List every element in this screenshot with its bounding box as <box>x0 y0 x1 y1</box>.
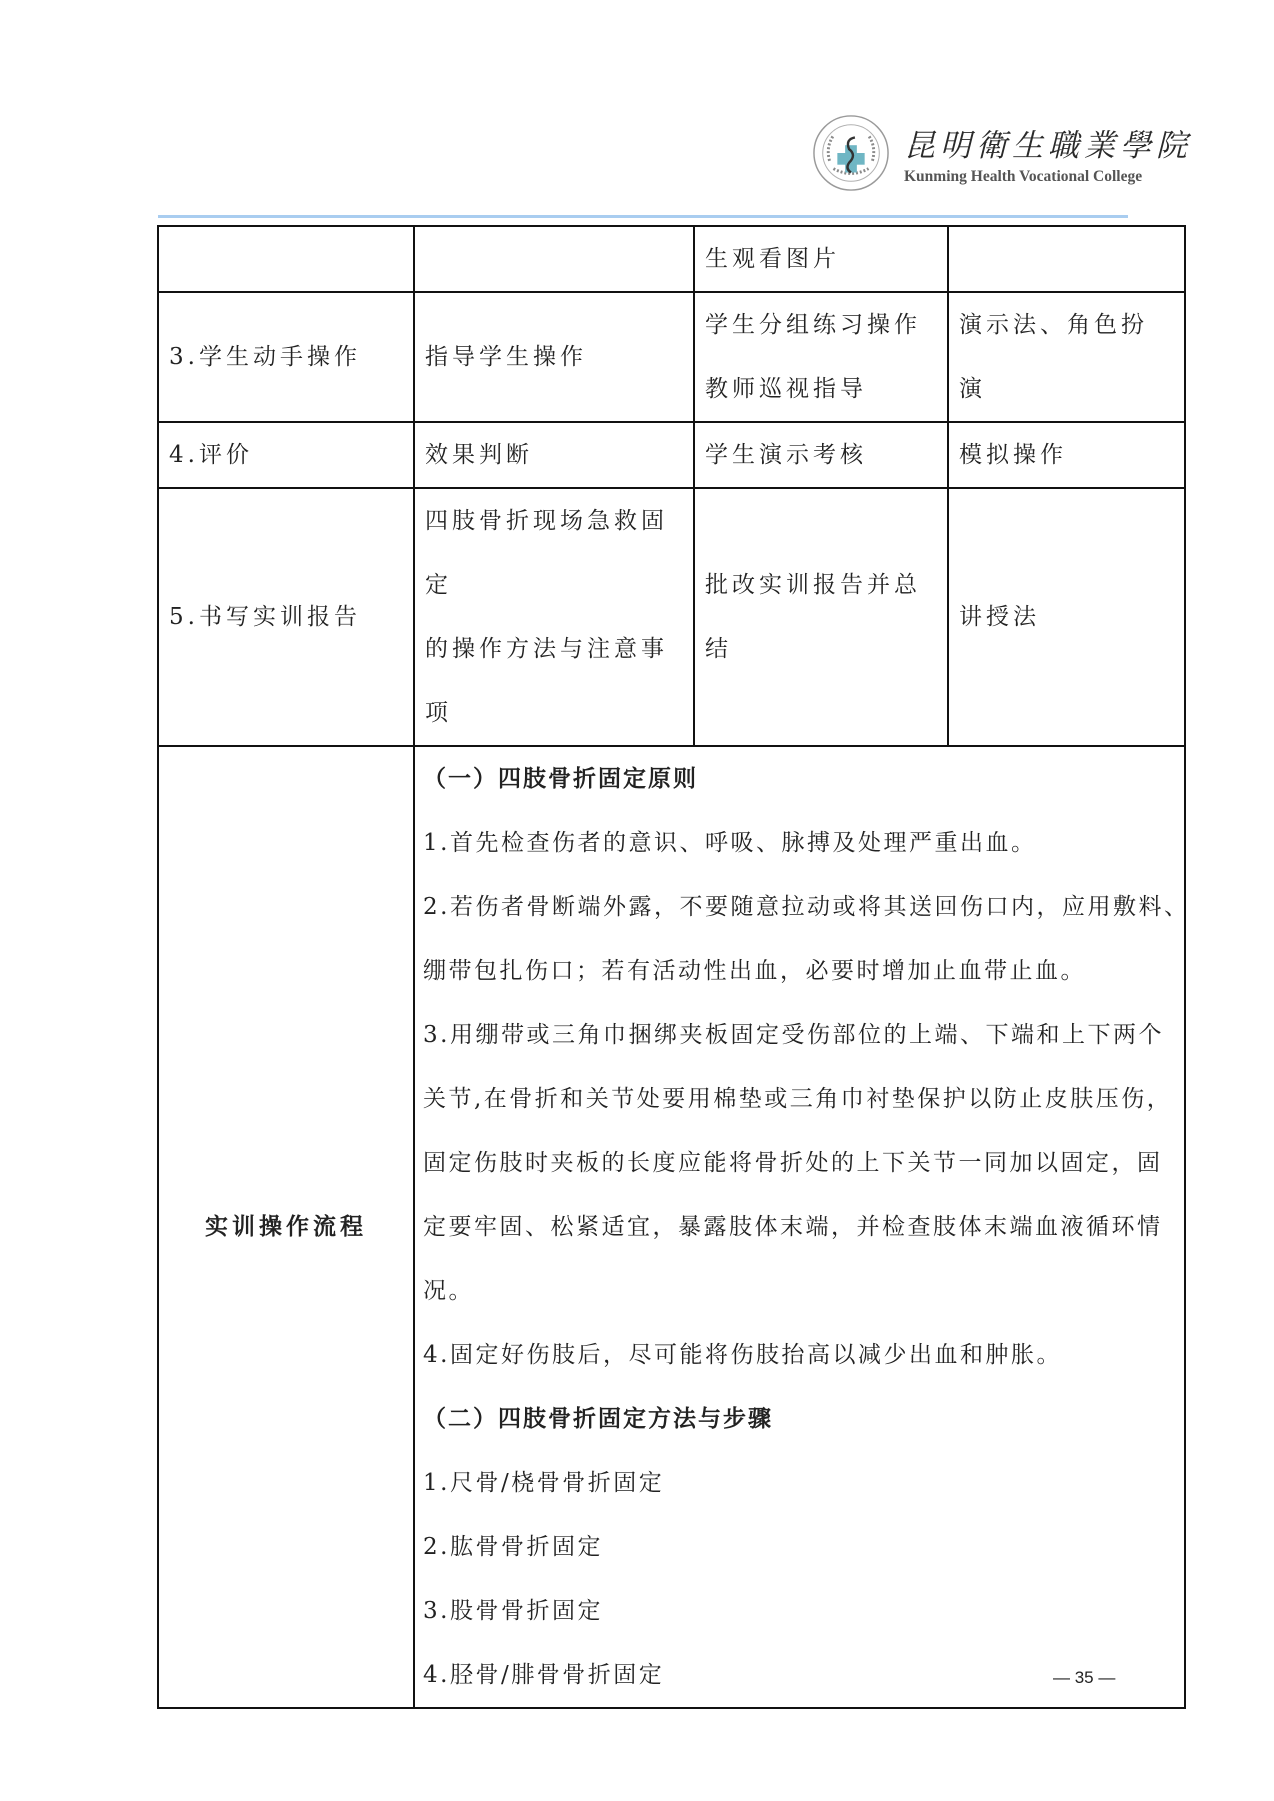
section-heading: （一）四肢骨折固定原则 <box>423 747 1176 811</box>
table-row: 5.书写实训报告 四肢骨折现场急救固定 的操作方法与注意事项 批改实训报告并总 … <box>158 488 1185 746</box>
page-number: — 35 — <box>1053 1668 1115 1688</box>
section-heading: （二）四肢骨折固定方法与步骤 <box>423 1387 1176 1451</box>
table-cell: 演示法、角色扮演 <box>948 292 1185 422</box>
cell-line: 教师巡视指导 <box>705 357 937 421</box>
cell-line: 学生演示考核 <box>705 423 937 487</box>
flow-line: 2.若伤者骨断端外露，不要随意拉动或将其送回伤口内，应用敷料、 <box>423 875 1176 939</box>
table-row: 生观看图片 <box>158 226 1185 292</box>
cell-line: 的操作方法与注意事项 <box>425 617 683 745</box>
table-cell: 学生分组练习操作 教师巡视指导 <box>694 292 948 422</box>
header-divider <box>158 215 1128 218</box>
table-cell: 5.书写实训报告 <box>158 488 414 746</box>
flow-line: 定要牢固、松紧适宜，暴露肢体末端，并检查肢体末端血液循环情 <box>423 1195 1176 1259</box>
flow-line: 4.固定好伤肢后，尽可能将伤肢抬高以减少出血和肿胀。 <box>423 1323 1176 1387</box>
table-cell <box>948 226 1185 292</box>
table-cell: 批改实训报告并总 结 <box>694 488 948 746</box>
flow-line: 3.股骨骨折固定 <box>423 1579 1176 1643</box>
table-cell <box>158 226 414 292</box>
table-cell: 学生演示考核 <box>694 422 948 488</box>
flow-line: 1.尺骨/桡骨骨折固定 <box>423 1451 1176 1515</box>
cell-line: 生观看图片 <box>705 227 937 291</box>
table-cell: 生观看图片 <box>694 226 948 292</box>
table-row: 4.评价 效果判断 学生演示考核 模拟操作 <box>158 422 1185 488</box>
flow-line: 2.肱骨骨折固定 <box>423 1515 1176 1579</box>
table-cell: 模拟操作 <box>948 422 1185 488</box>
flow-line: 况。 <box>423 1259 1176 1323</box>
table-cell: 4.评价 <box>158 422 414 488</box>
flow-line: 3.用绷带或三角巾捆绑夹板固定受伤部位的上端、下端和上下两个 <box>423 1003 1176 1067</box>
college-name-cn: 昆明衛生職業學院 <box>904 120 1192 165</box>
cell-line: 批改实训报告并总 <box>705 553 937 617</box>
table-cell: 讲授法 <box>948 488 1185 746</box>
cell-line: 指导学生操作 <box>425 325 683 389</box>
table-row-flow: 实训操作流程 （一）四肢骨折固定原则 1.首先检查伤者的意识、呼吸、脉搏及处理严… <box>158 746 1185 1708</box>
flow-line: 1.首先检查伤者的意识、呼吸、脉搏及处理严重出血。 <box>423 811 1176 875</box>
table-cell: 3.学生动手操作 <box>158 292 414 422</box>
teaching-process-table: 生观看图片 3.学生动手操作 指导学生操作 学生分组练习操作 教师巡视指导 演示… <box>157 225 1186 1709</box>
table-cell: 效果判断 <box>414 422 694 488</box>
flow-line: 绷带包扎伤口；若有活动性出血，必要时增加止血带止血。 <box>423 939 1176 1003</box>
table-cell: 四肢骨折现场急救固定 的操作方法与注意事项 <box>414 488 694 746</box>
college-emblem-icon <box>812 114 890 192</box>
flow-line: 固定伤肢时夹板的长度应能将骨折处的上下关节一同加以固定，固 <box>423 1131 1176 1195</box>
table-row: 3.学生动手操作 指导学生操作 学生分组练习操作 教师巡视指导 演示法、角色扮演 <box>158 292 1185 422</box>
page-header: 昆明衛生職業學院 Kunming Health Vocational Colle… <box>812 114 1192 194</box>
college-name-en: Kunming Health Vocational College <box>904 168 1142 186</box>
cell-line: 效果判断 <box>425 423 683 487</box>
flow-content-cell: （一）四肢骨折固定原则 1.首先检查伤者的意识、呼吸、脉搏及处理严重出血。 2.… <box>414 746 1185 1708</box>
table-cell <box>414 226 694 292</box>
cell-line: 四肢骨折现场急救固定 <box>425 489 683 617</box>
flow-line: 关节,在骨折和关节处要用棉垫或三角巾衬垫保护以防止皮肤压伤， <box>423 1067 1176 1131</box>
cell-line: 学生分组练习操作 <box>705 293 937 357</box>
table-cell: 指导学生操作 <box>414 292 694 422</box>
flow-label-cell: 实训操作流程 <box>158 746 414 1708</box>
cell-line: 结 <box>705 617 937 681</box>
